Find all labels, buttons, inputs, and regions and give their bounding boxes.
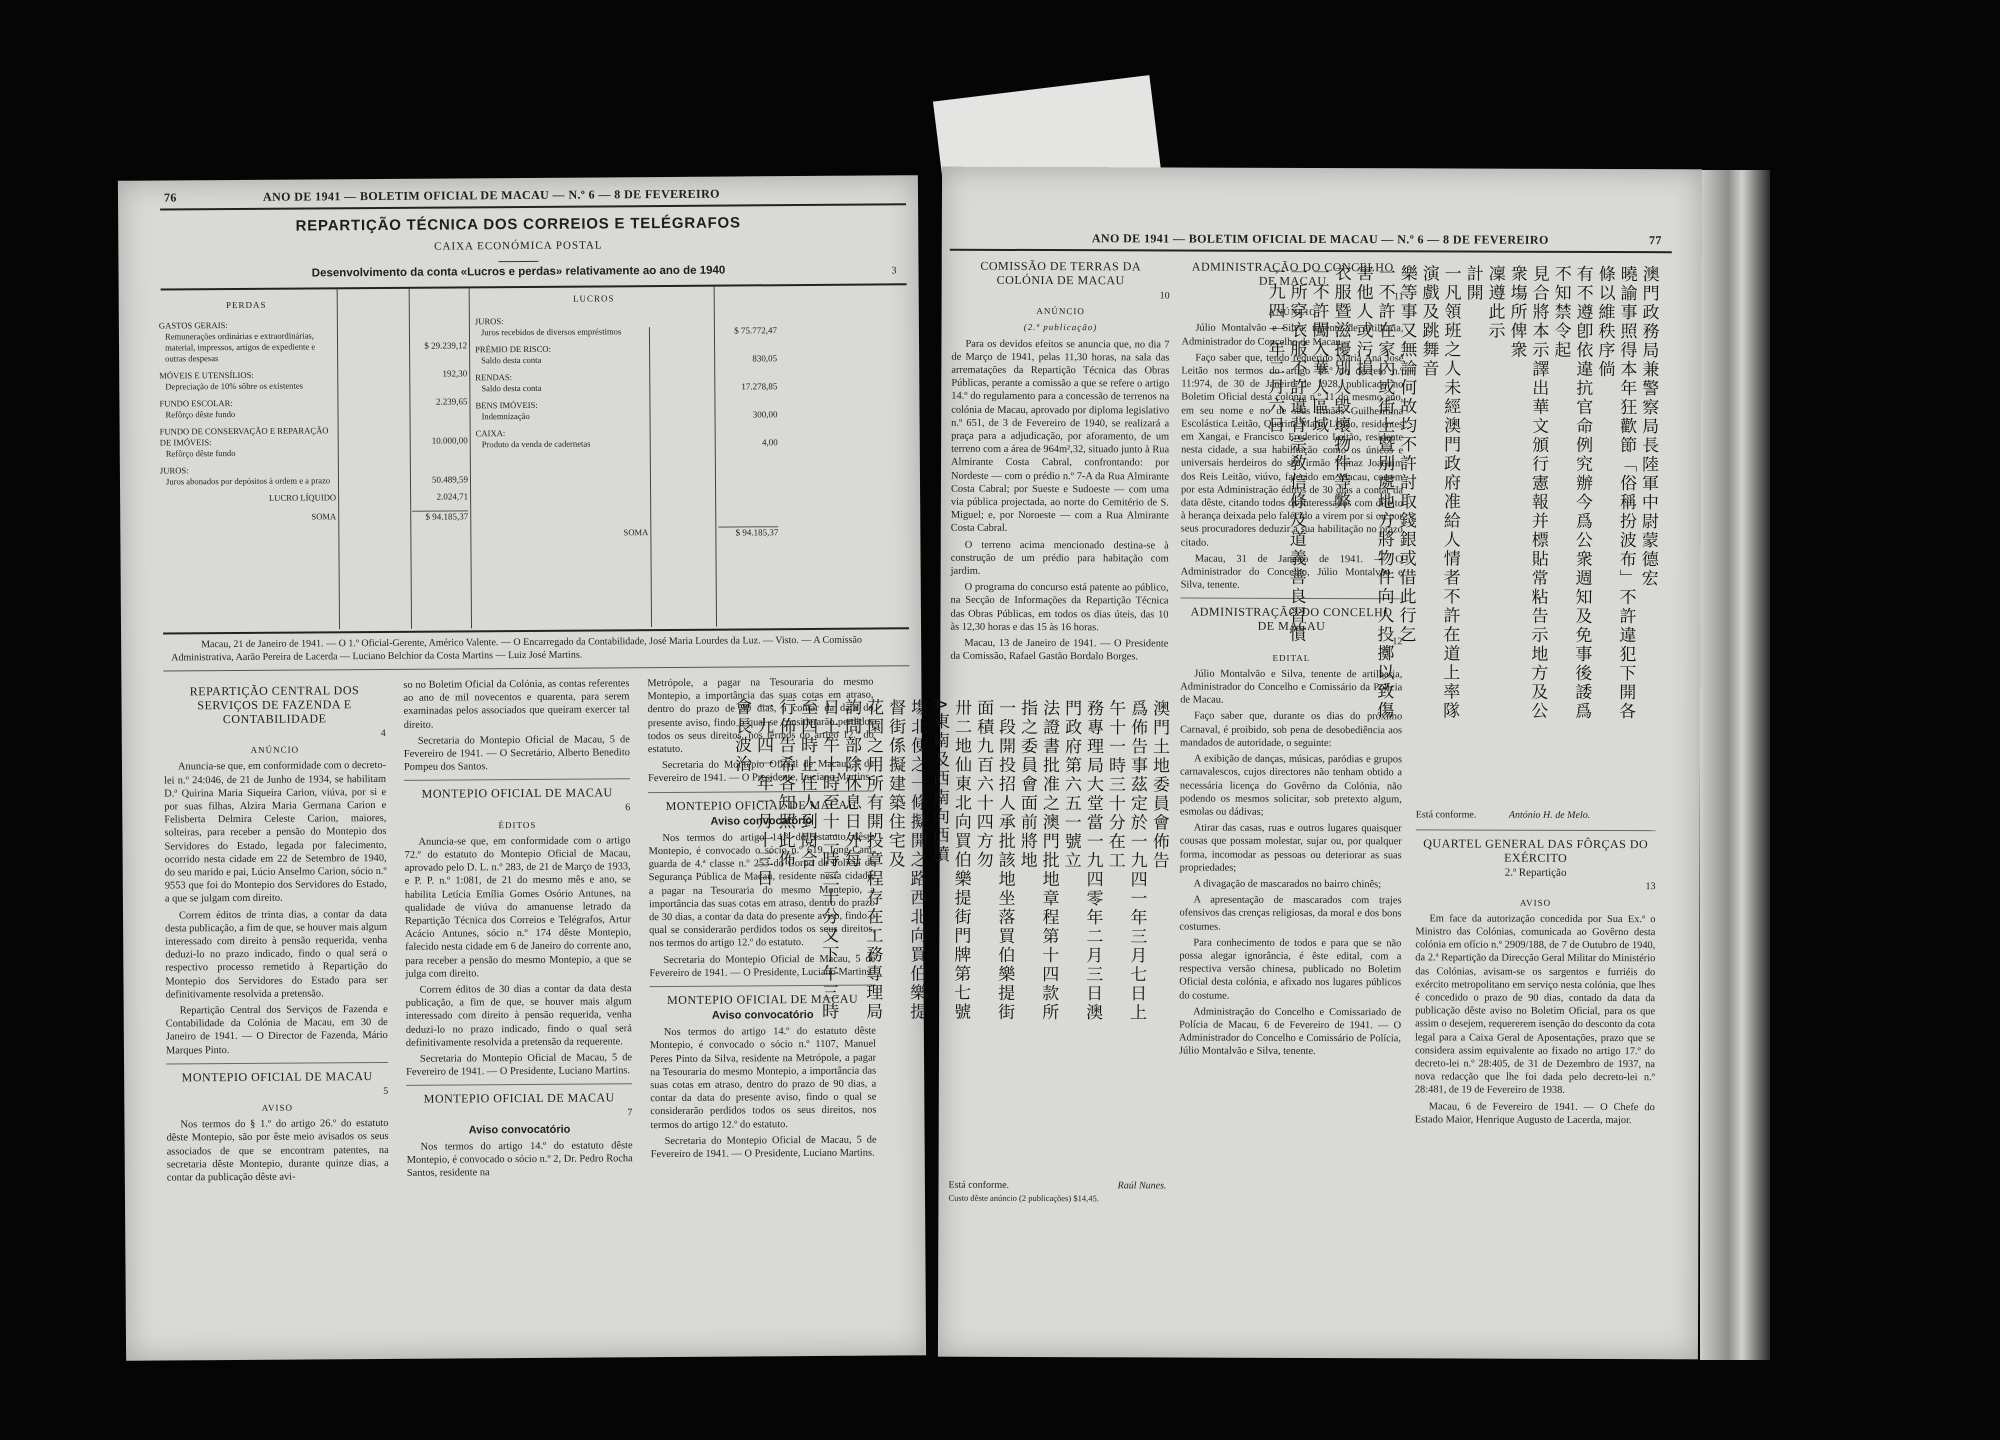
paragraph: Nos termos do § 1.º do artigo 26.º do es… bbox=[166, 1117, 388, 1185]
paragraph: Correm éditos de 30 dias a contar da dat… bbox=[406, 982, 632, 1050]
section-heading: QUARTEL GENERAL DAS FÔRÇAS DO EXÉRCITO bbox=[1416, 837, 1656, 866]
cjk-line: 澳門政務局兼警察局長陸軍中尉蒙德宏 bbox=[1638, 265, 1659, 588]
soma-label: SOMA bbox=[160, 511, 336, 523]
section-sub: ANÚNCIO bbox=[952, 305, 1170, 319]
ledger-caption: Desenvolvimento da conta «Lucros e perda… bbox=[119, 263, 919, 281]
divider bbox=[404, 779, 630, 782]
amount: $ 75.772,47 bbox=[717, 325, 777, 336]
divider bbox=[406, 1084, 632, 1087]
notice-subtitle: CAIXA ECONÓMICA POSTAL bbox=[118, 237, 918, 255]
notice-number: 5 bbox=[166, 1085, 388, 1100]
perdas-list: GASTOS GERAIS:Remunerações ordinárias e … bbox=[159, 319, 336, 523]
lucro-liquido-label: LUCRO LÍQUIDO bbox=[160, 492, 336, 504]
divider bbox=[1416, 830, 1656, 832]
section-sub: EDITAL bbox=[1180, 651, 1402, 665]
cjk-line: 一凡領班之人未經澳門政府准給人情者不許在道上率隊演戲及跳舞音 bbox=[1418, 264, 1460, 720]
paragraph: Em face da autorização concedida por Sua… bbox=[1415, 912, 1656, 1098]
amount: 10.000,00 bbox=[412, 435, 468, 446]
paragraph: Para os devidos efeitos se anuncia que, … bbox=[951, 337, 1170, 536]
cjk-line: 澳門土地委員會佈告 bbox=[1149, 699, 1170, 870]
amount: 830,05 bbox=[717, 353, 777, 364]
lucros-text: Juros recebidos de diversos empréstimos bbox=[475, 326, 647, 338]
amount: 300,00 bbox=[718, 409, 778, 420]
cjk-line: 曉諭事照得本年狂歡節「俗稱扮波布」不許違犯下開各條以維秩序倘 bbox=[1594, 265, 1636, 721]
running-head: ANO DE 1941 — BOLETIM OFICIAL DE MACAU —… bbox=[263, 187, 720, 205]
perdas-amounts: $ 29.239,12 192,30 2.239,65 10.000,00 50… bbox=[411, 318, 468, 522]
cjk-line: 有不遵卽依違抗官命例究辦今爲公衆週知及免事後諉爲不知禁令起 bbox=[1550, 265, 1592, 721]
column-right-3: Está conforme. António H. de Melo. QUART… bbox=[1415, 808, 1656, 1130]
perdas-text: Refôrço dêste fundo bbox=[160, 447, 336, 459]
paragraph: Secretaria do Montepio Oficial de Macau,… bbox=[406, 1051, 632, 1079]
page-number: 77 bbox=[1649, 233, 1662, 248]
lucros-list: JUROS:Juros recebidos de diversos emprés… bbox=[475, 315, 649, 539]
soma-lucros: $ 94.185,37 bbox=[718, 526, 778, 538]
section-heading: REPARTIÇÃO CENTRAL DOS SERVIÇOS DE FAZEN… bbox=[163, 683, 385, 727]
notice-number: 13 bbox=[1416, 880, 1656, 894]
cost-note: Custo dêste anúncio (2 publicações) $14,… bbox=[948, 1192, 1166, 1206]
lucros-text: Saldo desta conta bbox=[475, 382, 647, 394]
paragraph: Macau, 13 de Janeiro de 1941. — O Presid… bbox=[950, 637, 1168, 664]
amount: 4,00 bbox=[718, 437, 778, 448]
section-sub: Aviso convocatório bbox=[650, 1009, 876, 1024]
paragraph: A exibição de danças, músicas, paródias … bbox=[1180, 753, 1402, 820]
conforme-name: António H. de Melo. bbox=[1509, 810, 1590, 821]
paragraph: Nos termos do artigo 14.º do estatuto dê… bbox=[650, 1025, 877, 1132]
divider bbox=[498, 261, 538, 262]
paragraph: Repartição Central dos Serviços de Fazen… bbox=[166, 1003, 388, 1057]
ledger-divider bbox=[649, 327, 652, 627]
cjk-line: 凜遵此示 bbox=[1484, 265, 1504, 341]
section-heading: COMISSÃO DE TERRAS DA COLÓNIA DE MACAU bbox=[952, 259, 1170, 288]
section-heading: MONTEPIO OFICIAL DE MACAU bbox=[406, 1091, 632, 1107]
cjk-line: 務專理局大堂當一九四零年二月三日澳門政府第六五一號立 bbox=[1061, 699, 1104, 1022]
paragraph: Secretaria do Montepio Oficial de Macau,… bbox=[649, 952, 875, 980]
column-right-1: COMISSÃO DE TERRAS DA COLÓNIA DE MACAU 1… bbox=[950, 255, 1169, 667]
conforme-name: Raúl Nunes. bbox=[1118, 1179, 1167, 1192]
soma-label: SOMA bbox=[476, 527, 648, 539]
notice-number: 6 bbox=[404, 802, 630, 817]
paragraph: Faço saber que, durante os dias do próxi… bbox=[1180, 710, 1402, 750]
header-rule bbox=[950, 249, 1672, 254]
ledger-signatures: Macau, 21 de Janeiro de 1941. — O 1.º Of… bbox=[171, 633, 891, 664]
conforme-label: Está conforme. bbox=[949, 1180, 1010, 1191]
perdas-text: Juros abonados por depósitos à ordem e a… bbox=[160, 475, 336, 487]
paragraph: Atirar das casas, ruas e outros lugares … bbox=[1180, 822, 1402, 876]
section-sub: ÉDITOS bbox=[404, 818, 630, 833]
cjk-line: 見合將本示譯出華文頒行憲報并標貼常粘告示地方及公衆塲所俾衆 bbox=[1506, 265, 1548, 721]
soma-perdas: $ 94.185,37 bbox=[412, 510, 468, 522]
chinese-notice-carnival: 澳門政務局兼警察局長陸軍中尉蒙德宏 曉諭事照得本年狂歡節「俗稱扮波布」不許違犯下… bbox=[1418, 264, 1660, 735]
paragraph: Para conhecimento de todos e para que se… bbox=[1179, 936, 1401, 1003]
section-subheading: 2.ª Repartição bbox=[1416, 867, 1656, 881]
cjk-line: 計開 bbox=[1463, 264, 1483, 302]
ledger-divider bbox=[337, 289, 340, 629]
lucros-header: LUCROS bbox=[479, 293, 709, 305]
lucros-amounts: $ 75.772,47 830,05 17.278,85 300,00 4,00… bbox=[717, 314, 779, 538]
paragraph: O programa do concurso está patente ao p… bbox=[950, 581, 1168, 635]
amount: $ 29.239,12 bbox=[411, 340, 467, 351]
cjk-line: 行佈告希各知照此佈 bbox=[775, 698, 796, 869]
notice-number: 7 bbox=[406, 1107, 632, 1122]
paragraph: so no Boletim Oficial da Colónia, as con… bbox=[403, 677, 629, 731]
paragraph: A divagação de mascarados no bairro chin… bbox=[1180, 877, 1402, 891]
ledger-top-rule bbox=[161, 283, 907, 290]
cjk-line: 一段開投招人承批該地坐落買伯樂提街面積九百六十四方勿 bbox=[973, 699, 1016, 1022]
running-head: ANO DE 1941 — BOLETIM OFICIAL DE MACAU —… bbox=[1092, 231, 1549, 248]
section-heading: MONTEPIO OFICIAL DE MACAU bbox=[404, 786, 630, 802]
perdas-text: Depreciação de 10% sôbre os existentes bbox=[159, 380, 335, 392]
paragraph: Nos termos do artigo 14.º do estatuto dê… bbox=[407, 1139, 633, 1180]
notice-number: 10 bbox=[952, 289, 1170, 303]
lucros-text: Saldo desta conta bbox=[475, 354, 647, 366]
section-heading: MONTEPIO OFICIAL DE MACAU bbox=[650, 992, 876, 1008]
cjk-line: 一不許闖入華人區域 bbox=[1308, 264, 1329, 435]
section-sub: Aviso convocatório bbox=[406, 1123, 632, 1138]
cjk-line: 法證書批准之澳門批地章程第十四款所指之委員會面前將地 bbox=[1017, 699, 1060, 1022]
lucro-liquido-amount: 2.024,71 bbox=[412, 491, 468, 502]
cjk-line: 一所穿衣服不許違背宗敎信條及道義善良習慣 bbox=[1285, 264, 1306, 644]
cjk-line: 衣服暨滋擾別人毀壞物件等弊 bbox=[1330, 264, 1351, 511]
ledger-divider bbox=[469, 288, 472, 628]
perdas-text: Remunerações ordinárias e extraordinária… bbox=[159, 330, 335, 364]
cjk-signature: 會長波治 bbox=[731, 698, 751, 774]
paragraph: Júlio Montalvão e Silva, tenente de arti… bbox=[1180, 667, 1402, 707]
column-left-2: so no Boletim Oficial da Colónia, as con… bbox=[403, 677, 633, 1183]
section-sub: AVISO bbox=[1415, 896, 1655, 910]
notice-number: 4 bbox=[164, 727, 386, 742]
page-number: 76 bbox=[164, 190, 177, 205]
cjk-line: 爲佈告事茲定於一九四一年三月七日上午十一時三十分在工 bbox=[1105, 699, 1148, 1022]
right-page: ANO DE 1941 — BOLETIM OFICIAL DE MACAU —… bbox=[938, 167, 1702, 1360]
paragraph: Correm éditos de trinta dias, a contar d… bbox=[165, 908, 388, 1002]
cjk-line: 卅二地仙東北向買伯樂提街門牌第七號A東南及西南向西墳 bbox=[929, 699, 972, 1022]
section-heading: MONTEPIO OFICIAL DE MACAU bbox=[166, 1069, 388, 1085]
section-sub: AVISO bbox=[166, 1101, 388, 1116]
lucros-text: Indemnização bbox=[476, 410, 648, 422]
conforme-label: Está conforme. bbox=[1416, 809, 1477, 820]
page-stack-edge bbox=[1700, 170, 1770, 1360]
notice-number: 3 bbox=[892, 265, 897, 276]
chinese-notice-land: 澳門土地委員會佈告 爲佈告事茲定於一九四一年三月七日上午十一時三十分在工 務專理… bbox=[951, 699, 1170, 1030]
section-rule bbox=[163, 665, 909, 671]
perdas-text: Refôrço dêste fundo bbox=[159, 408, 335, 420]
amount: 192,30 bbox=[411, 368, 467, 379]
cjk-line: 一九四一年二月六日 bbox=[1264, 264, 1285, 435]
notice-title: REPARTIÇÃO TÉCNICA DOS CORREIOS E TELÉGR… bbox=[118, 213, 918, 236]
paragraph: Macau, 6 de Fevereiro de 1941. — O Chefe… bbox=[1415, 1100, 1655, 1127]
amount: 17.278,85 bbox=[717, 381, 777, 392]
divider bbox=[166, 1062, 388, 1065]
paragraph: Anuncia-se que, em conformidade com o de… bbox=[164, 759, 387, 906]
paragraph: Secretaria do Montepio Oficial de Macau,… bbox=[404, 733, 630, 774]
section-sub: ANÚNCIO bbox=[164, 743, 386, 758]
lucros-text: Produto da venda de cadernetas bbox=[476, 438, 648, 450]
paragraph: Anuncia-se que, em conformidade com o ar… bbox=[404, 834, 631, 981]
perdas-heading: FUNDO DE CONSERVAÇÃO E REPARAÇÃO DE IMÓV… bbox=[160, 425, 336, 448]
perdas-header: PERDAS bbox=[159, 299, 334, 310]
divider bbox=[650, 985, 876, 988]
conforme-line: Está conforme. Raúl Nunes. Custo dêste a… bbox=[948, 1179, 1166, 1206]
paragraph: Secretaria do Montepio Oficial de Macau,… bbox=[651, 1133, 877, 1161]
amount: 50.489,59 bbox=[412, 474, 468, 485]
cjk-line: 一九四一年一月十三日 bbox=[753, 698, 774, 888]
cjk-line: 樂等事又無論何故均不許討取錢銀或借此行乞 bbox=[1395, 264, 1416, 644]
paragraph: Administração do Concelho e Comissariado… bbox=[1179, 1005, 1401, 1059]
paragraph: A apresentação de mascarados com trajes … bbox=[1179, 894, 1401, 934]
section-note: (2.ª publicação) bbox=[951, 321, 1169, 335]
paragraph: O terreno acima mencionado destina-se à … bbox=[951, 538, 1169, 578]
column-left-1: REPARTIÇÃO CENTRAL DOS SERVIÇOS DE FAZEN… bbox=[163, 679, 389, 1188]
amount: 2.239,65 bbox=[411, 396, 467, 407]
